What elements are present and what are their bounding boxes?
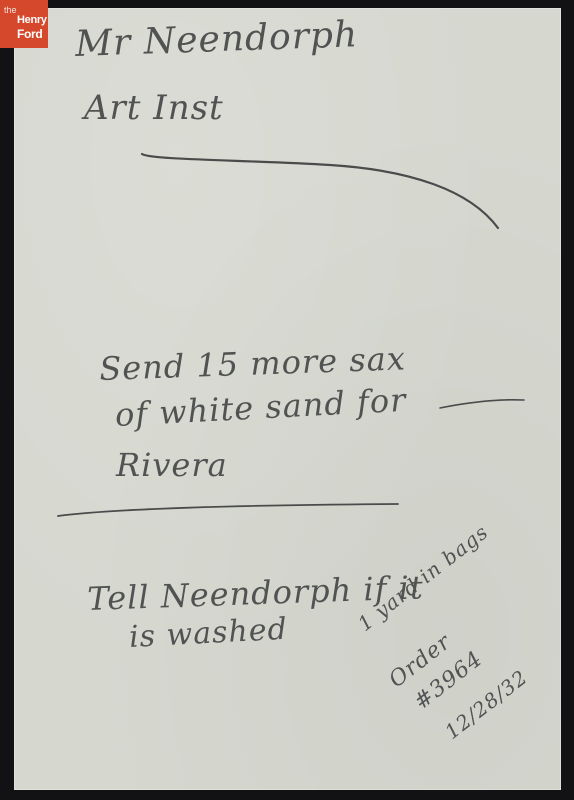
logo-text-ford: Ford <box>17 28 42 40</box>
header-institution: Art Inst <box>84 88 224 128</box>
viewer-stage: the Henry Ford Mr Neendorph Art Inst Sen… <box>0 0 574 800</box>
henry-ford-logo[interactable]: the Henry Ford <box>0 0 48 48</box>
logo-text-the: the <box>4 6 17 15</box>
message1-line3: Rivera <box>116 446 228 484</box>
logo-text-henry: Henry <box>17 15 47 26</box>
